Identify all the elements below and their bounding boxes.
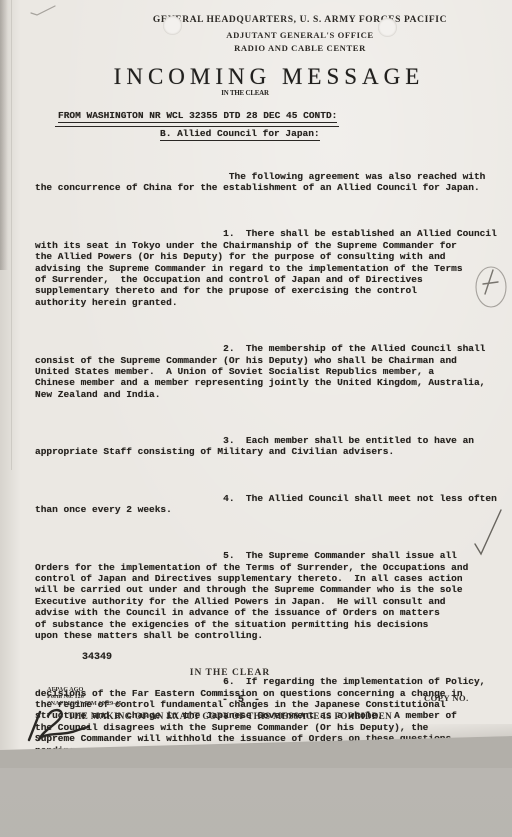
copy-number-label: COPY NO. [424,693,469,703]
punch-hole-left [163,16,182,35]
intro-paragraph: The following agreement was also reached… [35,171,505,194]
pencil-check-mark-right-margin [466,506,508,564]
paragraph-1: 1. There shall be established an Allied … [35,228,505,308]
paper-bottom-edge-shadow [0,724,512,750]
letterhead-line-1: GENERAL HEADQUARTERS, U. S. ARMY FORCES … [90,15,510,25]
pencil-circled-mark-right-margin [470,262,512,312]
in-the-clear-stamp-bottom: IN THE CLEAR [150,668,310,678]
document-title: INCOMING MESSAGE [20,64,512,90]
paragraph-3: 3. Each member shall be entitled to have… [35,435,505,458]
in-the-clear-stamp-top: IN THE CLEAR [208,88,282,97]
paragraph-2: 2. The membership of the Allied Council … [35,343,505,400]
form-line-1: AFPAC AGO [47,686,122,693]
subject-line: B. Allied Council for Japan: [160,128,320,141]
left-edge-shadow [0,0,8,270]
paragraph-4: 4. The Allied Council shall meet not les… [35,493,505,516]
copy-forbidden-warning: THE MAKING OF AN EXACT COPY OF THIS MESS… [60,711,400,721]
punch-hole-right [378,18,397,37]
document-page: GENERAL HEADQUARTERS, U. S. ARMY FORCES … [0,0,512,752]
letterhead-line-2: ADJUTANT GENERAL'S OFFICE [90,30,510,40]
serial-number: 34349 [82,652,112,663]
paragraph-5: 5. The Supreme Commander shall issue all… [35,550,505,641]
from-line: FROM WASHINGTON NR WCL 32355 DTD 28 DEC … [58,110,337,123]
pencil-check-mark-top-left [28,2,60,18]
letterhead-line-3: RADIO AND CABLE CENTER [90,43,510,53]
paper-crease [11,0,12,470]
page-number: - 5 - [222,695,262,706]
form-line-2: Form No. 126 [47,693,122,700]
